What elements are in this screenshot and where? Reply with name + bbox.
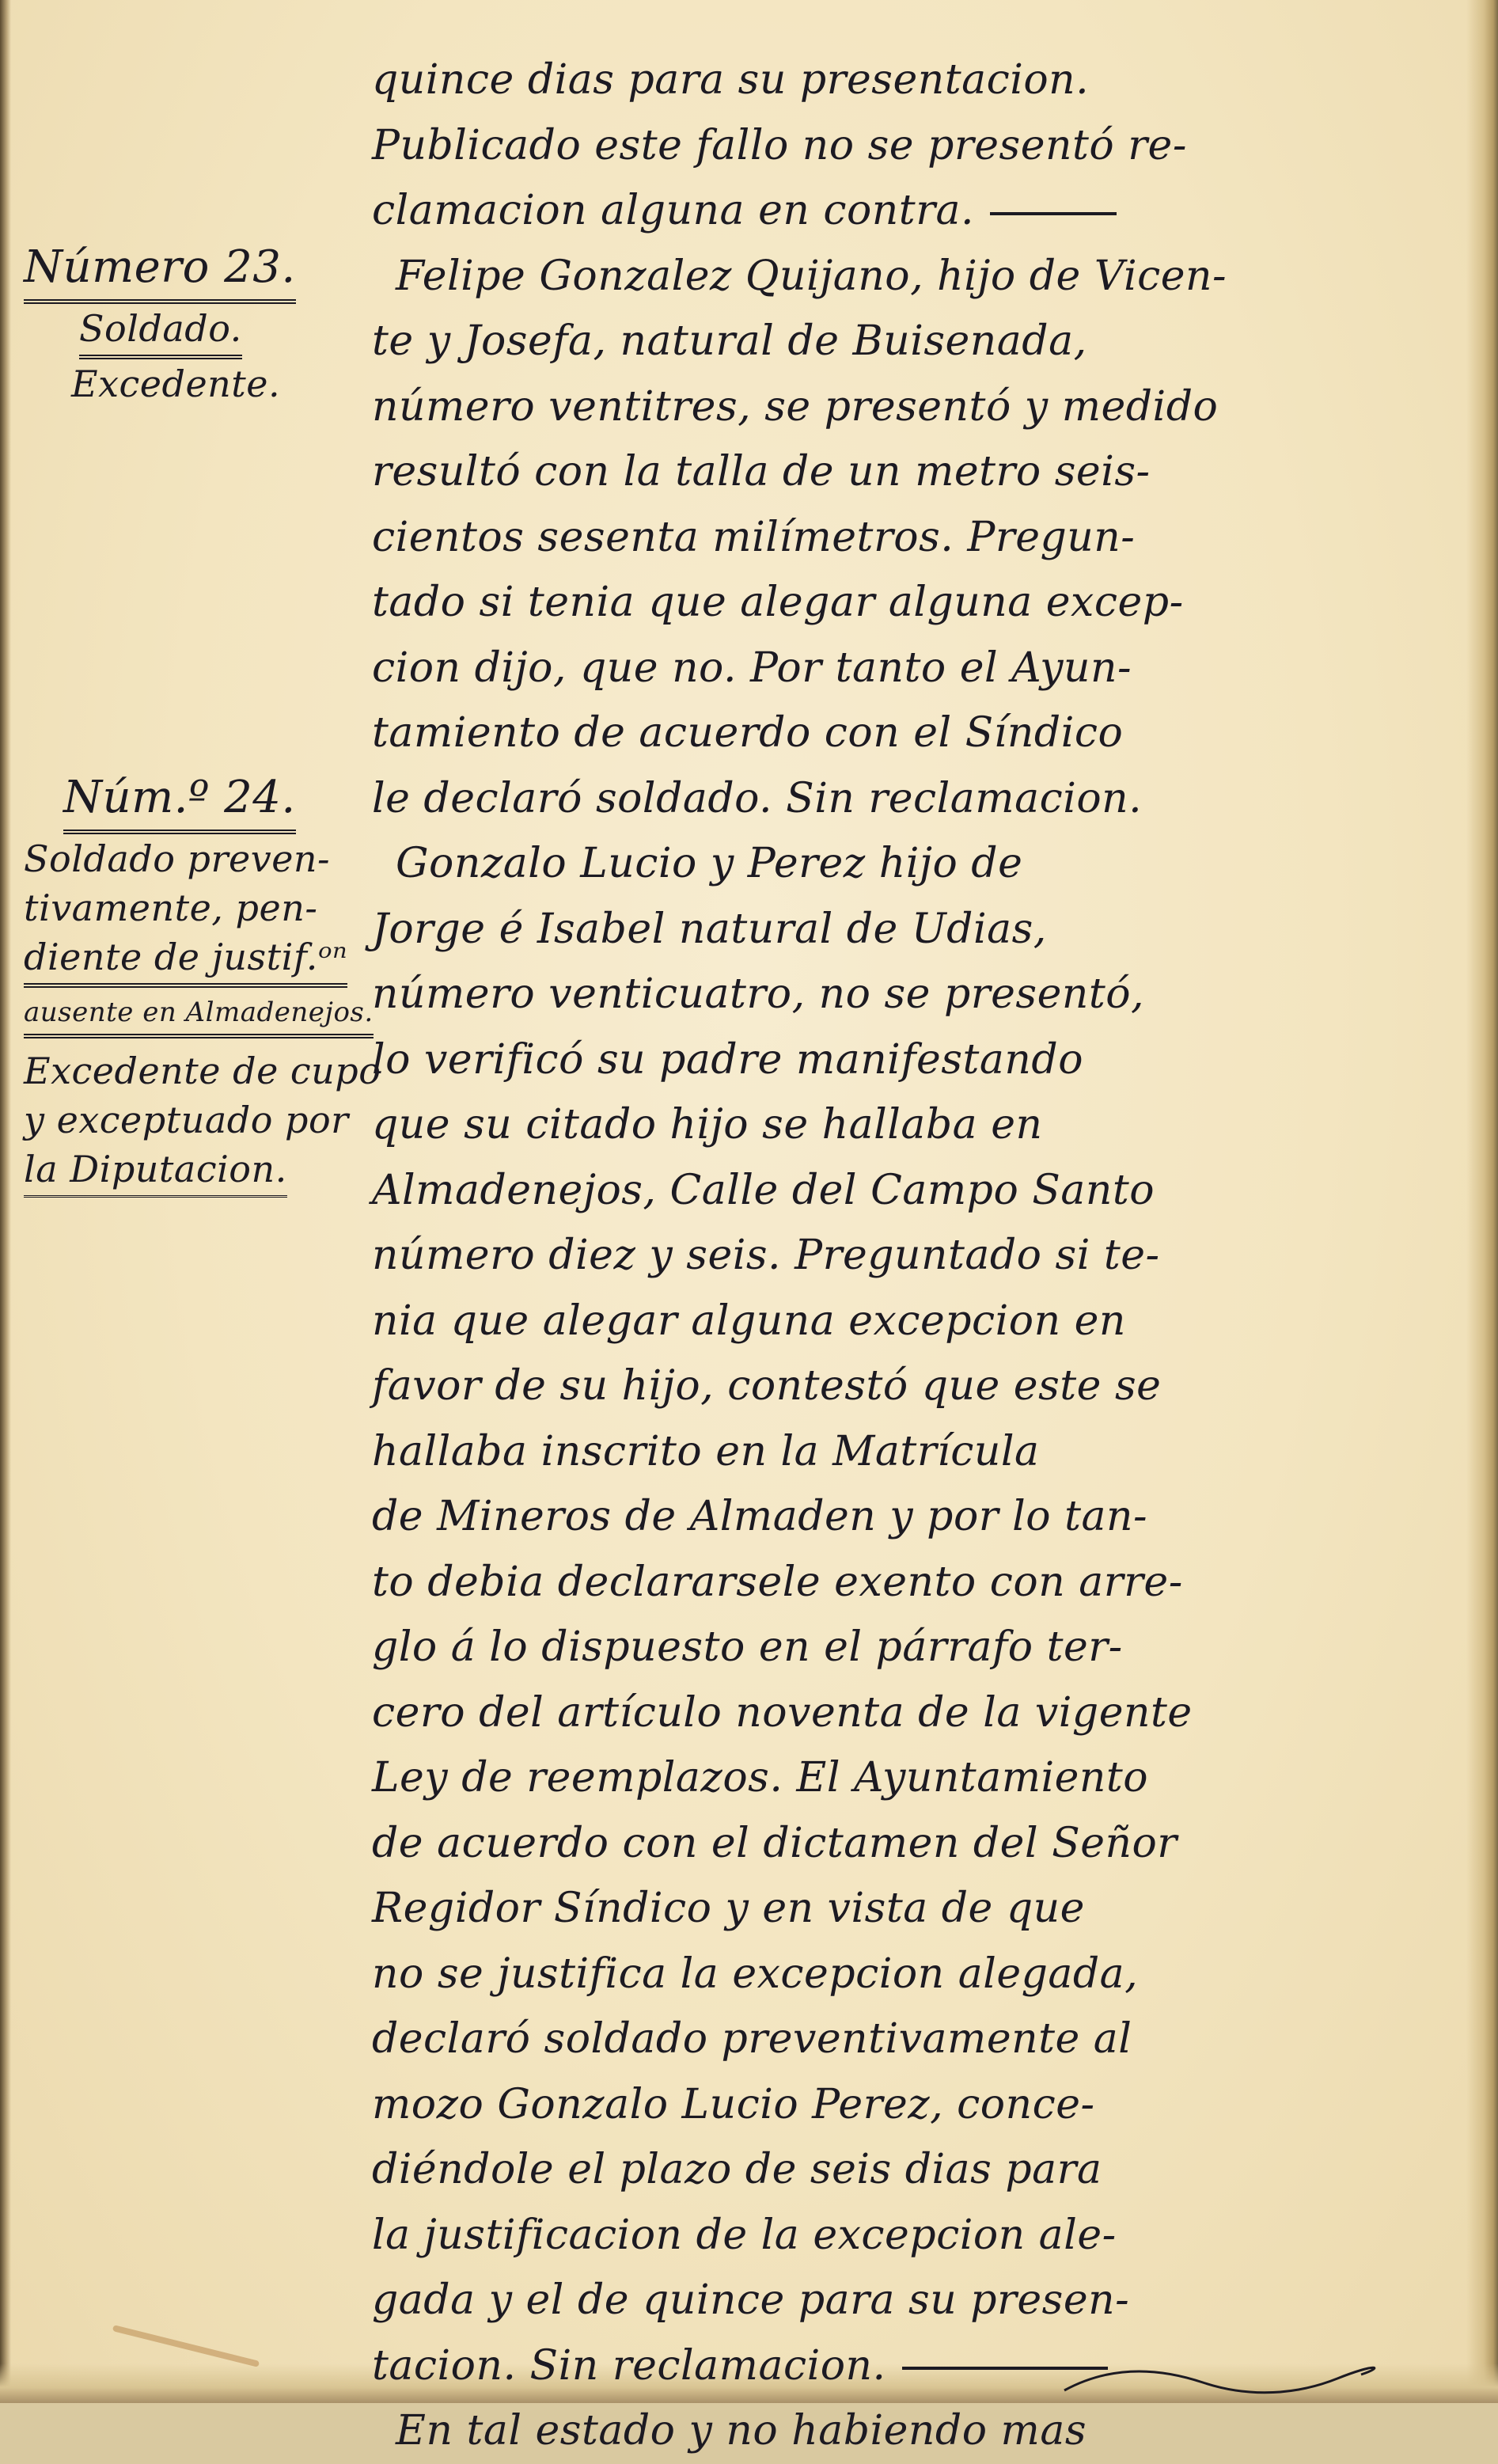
body-line-entry-start: Gonzalo Lucio y Perez hijo de [372, 831, 1448, 897]
body-line: Regidor Síndico y en vista de que [372, 1876, 1448, 1942]
body-line: de Mineros de Almaden y por lo tan- [372, 1484, 1448, 1550]
body-line: la justificacion de la excepcion ale- [372, 2203, 1448, 2268]
body-line: te y Josefa, natural de Buisenada, [372, 309, 1448, 374]
body-line: gada y el de quince para su presen- [372, 2268, 1448, 2333]
body-line: to debia declararsele exento con arre- [372, 1550, 1448, 1615]
body-line: glo á lo dispuesto en el párrafo ter- [372, 1615, 1448, 1680]
body-line: de acuerdo con el dictamen del Señor [372, 1811, 1448, 1877]
body-line-text: tacion. Sin reclamacion. [372, 2342, 886, 2390]
body-line: lo verificó su padre manifestando [372, 1027, 1448, 1093]
body-line: declaró soldado preventivamente al [372, 2007, 1448, 2072]
body-line: tado si tenia que alegar alguna excep- [372, 570, 1448, 636]
body-line: nia que alegar alguna excepcion en [372, 1289, 1448, 1354]
body-line: Ley de reemplazos. El Ayuntamiento [372, 1745, 1448, 1811]
body-line: número diez y seis. Preguntado si te- [372, 1223, 1448, 1289]
entry-status-line: tivamente, pen- [24, 883, 356, 932]
entry-number: Número 23. [24, 237, 296, 304]
entry-detail-line: Excedente de cupo [24, 1046, 356, 1095]
body-line: mozo Gonzalo Lucio Perez, conce- [372, 2072, 1448, 2138]
manuscript-page: Número 23. Soldado. Excedente. Núm.º 24.… [0, 0, 1498, 2403]
body-line: Jorge é Isabel natural de Udias, [372, 897, 1448, 962]
body-text: quince dias para su presentacion. Public… [372, 47, 1448, 2403]
page-binding-edge [0, 0, 11, 2403]
entry-location-note: ausente en Almadenejos. [24, 993, 374, 1038]
body-line: hallaba inscrito en la Matrícula [372, 1419, 1448, 1485]
body-line: En tal estado y no habiendo mas [372, 2398, 1448, 2403]
body-line: Publicado este fallo no se presentó re- [372, 113, 1448, 179]
body-line: favor de su hijo, contestó que este se [372, 1353, 1448, 1419]
margin-note-entry-23: Número 23. Soldado. Excedente. [24, 237, 356, 408]
body-line: Almadenejos, Calle del Campo Santo [372, 1158, 1448, 1224]
body-line: tamiento de acuerdo con el Síndico [372, 700, 1448, 766]
body-line: cientos sesenta milímetros. Pregun- [372, 505, 1448, 571]
body-line: diéndole el plazo de seis dias para [372, 2137, 1448, 2203]
body-line: cero del artículo noventa de la vigente [372, 1680, 1448, 1746]
margin-note-entry-24: Núm.º 24. Soldado preven- tivamente, pen… [24, 768, 356, 1198]
body-line: número ventitres, se presentó y medido [372, 374, 1448, 440]
body-line-entry-start: Felipe Gonzalez Quijano, hijo de Vicen- [372, 244, 1448, 309]
body-line: número venticuatro, no se presentó, [372, 962, 1448, 1027]
body-line: cion dijo, que no. Por tanto el Ayun- [372, 636, 1448, 701]
body-line: clamacion alguna en contra. [372, 178, 1448, 244]
entry-number: Núm.º 24. [63, 768, 296, 834]
body-line: no se justifica la excepcion alegada, [372, 1942, 1448, 2007]
entry-detail: Excedente. [71, 363, 280, 405]
entry-detail-line: la Diputacion. [24, 1145, 287, 1198]
entry-status: Soldado. [79, 304, 242, 359]
body-line: resultó con la talla de un metro seis- [372, 439, 1448, 505]
entry-detail-line: y exceptuado por [24, 1095, 356, 1145]
ink-stain [112, 2325, 260, 2367]
separator-rule [990, 212, 1117, 215]
body-line: le declaró soldado. Sin reclamacion. [372, 766, 1448, 832]
page-right-edge [1466, 0, 1498, 2403]
body-line-text: clamacion alguna en contra. [372, 187, 974, 234]
entry-status-line: Soldado preven- [24, 834, 356, 883]
body-line: quince dias para su presentacion. [372, 47, 1448, 113]
flourish-icon [1060, 2363, 1393, 2394]
entry-status-line: diente de justif.ᵒⁿ [24, 932, 347, 988]
body-line: que su citado hijo se hallaba en [372, 1092, 1448, 1158]
